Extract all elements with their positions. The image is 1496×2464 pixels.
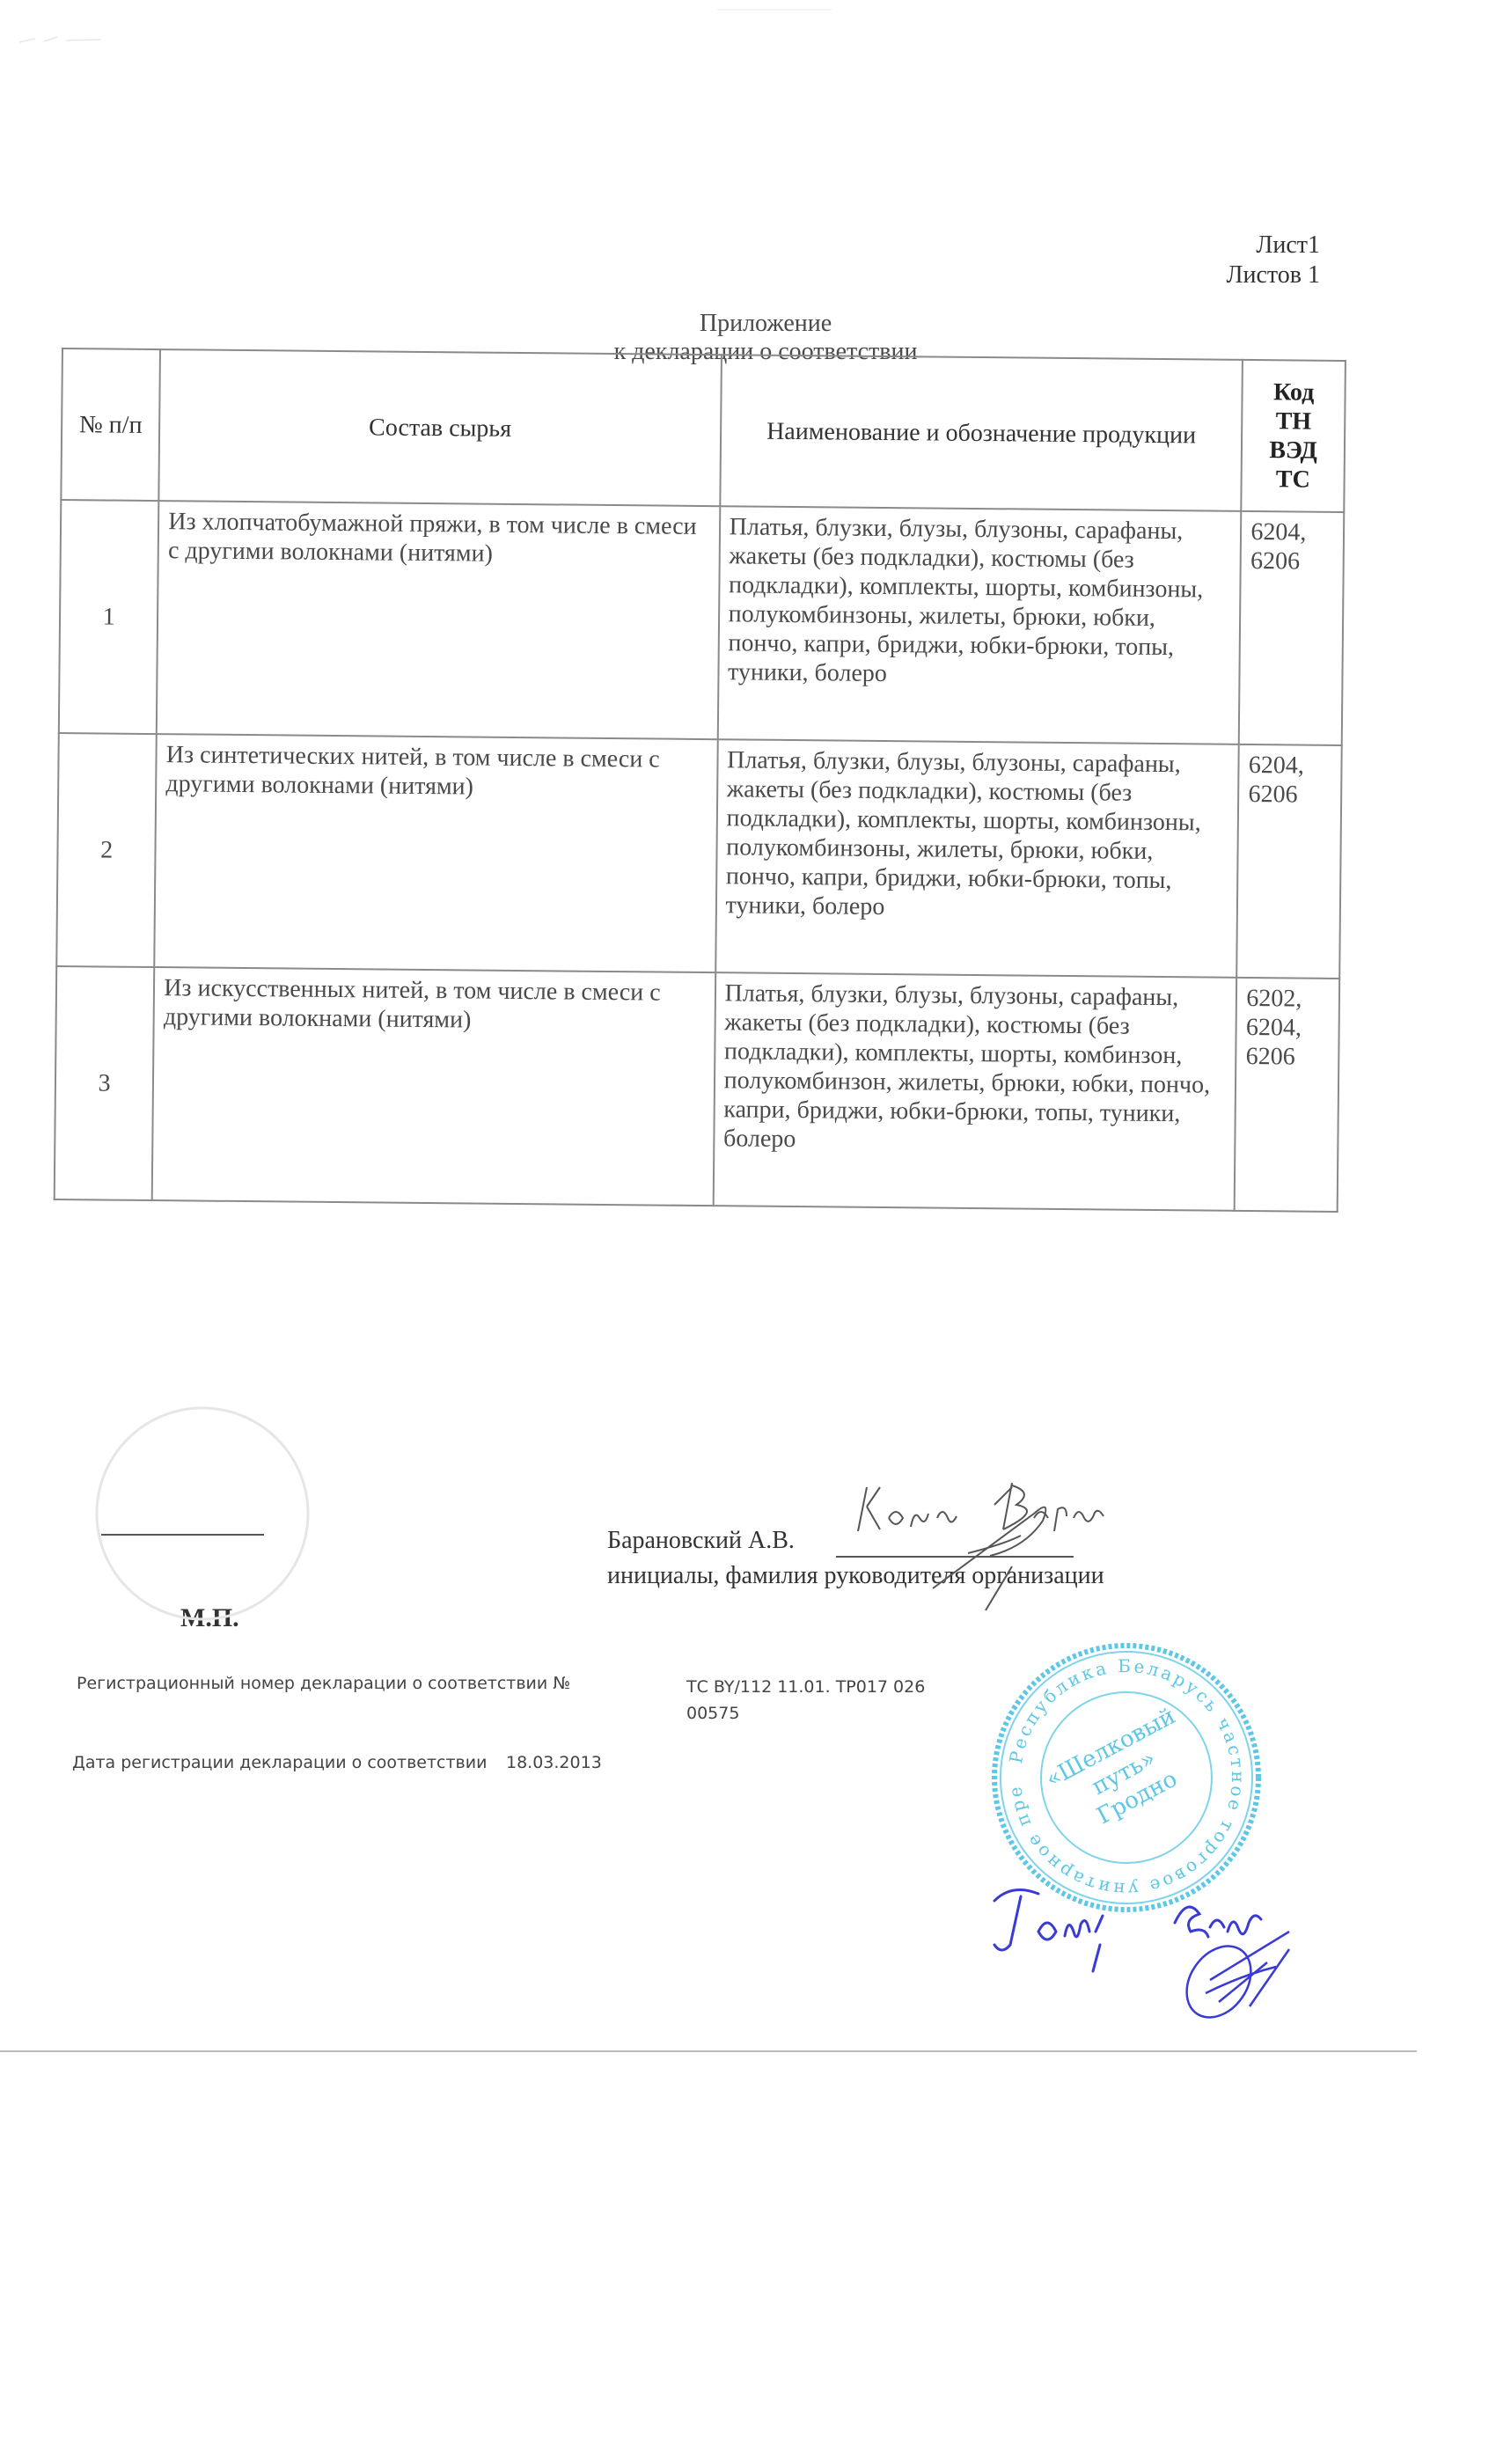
row-code: 6204, bbox=[1249, 751, 1332, 781]
registration-number-line: ТС BY/112 11.01. ТР017 026 bbox=[686, 1674, 925, 1700]
registration-date-value: 18.03.2013 bbox=[506, 1753, 602, 1772]
table-row: 1 Из хлопчатобумажной пряжи, в том числе… bbox=[59, 500, 1344, 745]
head-name: Барановский А.В. bbox=[607, 1527, 795, 1555]
header-code-line: ТН bbox=[1251, 407, 1335, 436]
header-code: Код ТН ВЭД ТС bbox=[1242, 360, 1346, 512]
sheet-number: Лист1 bbox=[1227, 231, 1321, 260]
sheet-info: Лист1 Листов 1 bbox=[1227, 231, 1321, 290]
table-header-row: № п/п Состав сырья Наименование и обозна… bbox=[61, 348, 1346, 512]
head-signature-icon bbox=[933, 1487, 1045, 1610]
row-code: 6206 bbox=[1246, 1042, 1330, 1072]
registration-number-label: Регистрационный номер декларации о соотв… bbox=[77, 1674, 570, 1693]
row-number: 3 bbox=[55, 966, 155, 1200]
head-signature-line bbox=[836, 1556, 1074, 1558]
declaration-appendix-table: № п/п Состав сырья Наименование и обозна… bbox=[54, 348, 1346, 1213]
scan-artifact bbox=[18, 33, 106, 46]
row-codes: 6204, 6206 bbox=[1237, 744, 1342, 979]
sheets-total: Листов 1 bbox=[1227, 260, 1321, 290]
scan-artifact bbox=[713, 2, 836, 11]
stamp-center-line: Гродно bbox=[1093, 1766, 1182, 1830]
row-number: 2 bbox=[56, 733, 157, 967]
appendix-heading: Приложение bbox=[493, 310, 1038, 338]
row-code: 6204, bbox=[1246, 1013, 1330, 1043]
head-caption: инициалы, фамилия руководителя организац… bbox=[607, 1562, 1104, 1590]
row-code: 6206 bbox=[1250, 546, 1334, 576]
row-codes: 6204, 6206 bbox=[1239, 511, 1344, 745]
header-code-line: ВЭД bbox=[1251, 436, 1335, 466]
row-code: 6206 bbox=[1248, 780, 1331, 810]
handwritten-note-icon bbox=[858, 1483, 1104, 1531]
header-raw-material: Состав сырья bbox=[159, 349, 722, 506]
table-row: 3 Из искусственных нитей, в том числе в … bbox=[55, 966, 1339, 1212]
header-code-line: Код bbox=[1252, 378, 1336, 407]
header-number: № п/п bbox=[61, 348, 160, 501]
page-bottom-line bbox=[0, 2050, 1417, 2052]
stamp-place-label: М.П. bbox=[180, 1603, 239, 1633]
row-raw-material: Из хлопчатобумажной пряжи, в том числе в… bbox=[157, 501, 720, 739]
blue-signature-icon bbox=[1174, 1932, 1289, 2029]
registration-date-label: Дата регистрации декларации о соответств… bbox=[72, 1753, 487, 1772]
stamp-center-line: путь» bbox=[1088, 1745, 1160, 1800]
row-product: Платья, блузки, блузы, блузоны, сарафаны… bbox=[717, 506, 1241, 744]
row-raw-material: Из синтетических нитей, в том числе в см… bbox=[154, 734, 717, 972]
header-code-line: ТС bbox=[1251, 465, 1335, 495]
stamp-center-line: «Шелковый bbox=[1042, 1703, 1180, 1793]
row-raw-material: Из искусственных нитей, в том числе в см… bbox=[152, 967, 715, 1206]
table-row: 2 Из синтетических нитей, в том числе в … bbox=[56, 733, 1341, 979]
blue-handwritten-note-icon bbox=[994, 1890, 1261, 1972]
registration-number-line: 00575 bbox=[686, 1700, 925, 1727]
row-codes: 6202, 6204, 6206 bbox=[1235, 978, 1339, 1212]
row-number: 1 bbox=[59, 500, 159, 734]
row-product: Платья, блузки, блузы, блузоны, сарафаны… bbox=[713, 972, 1236, 1211]
registration-number-value: ТС BY/112 11.01. ТР017 026 00575 bbox=[686, 1674, 925, 1727]
faint-stamp-icon bbox=[97, 1408, 308, 1619]
header-product: Наименование и обозначение продукции bbox=[720, 355, 1243, 511]
row-code: 6204, bbox=[1250, 517, 1334, 547]
row-product: Платья, блузки, блузы, блузоны, сарафаны… bbox=[715, 739, 1239, 978]
signature-line bbox=[101, 1534, 264, 1536]
row-code: 6202, bbox=[1246, 984, 1330, 1014]
